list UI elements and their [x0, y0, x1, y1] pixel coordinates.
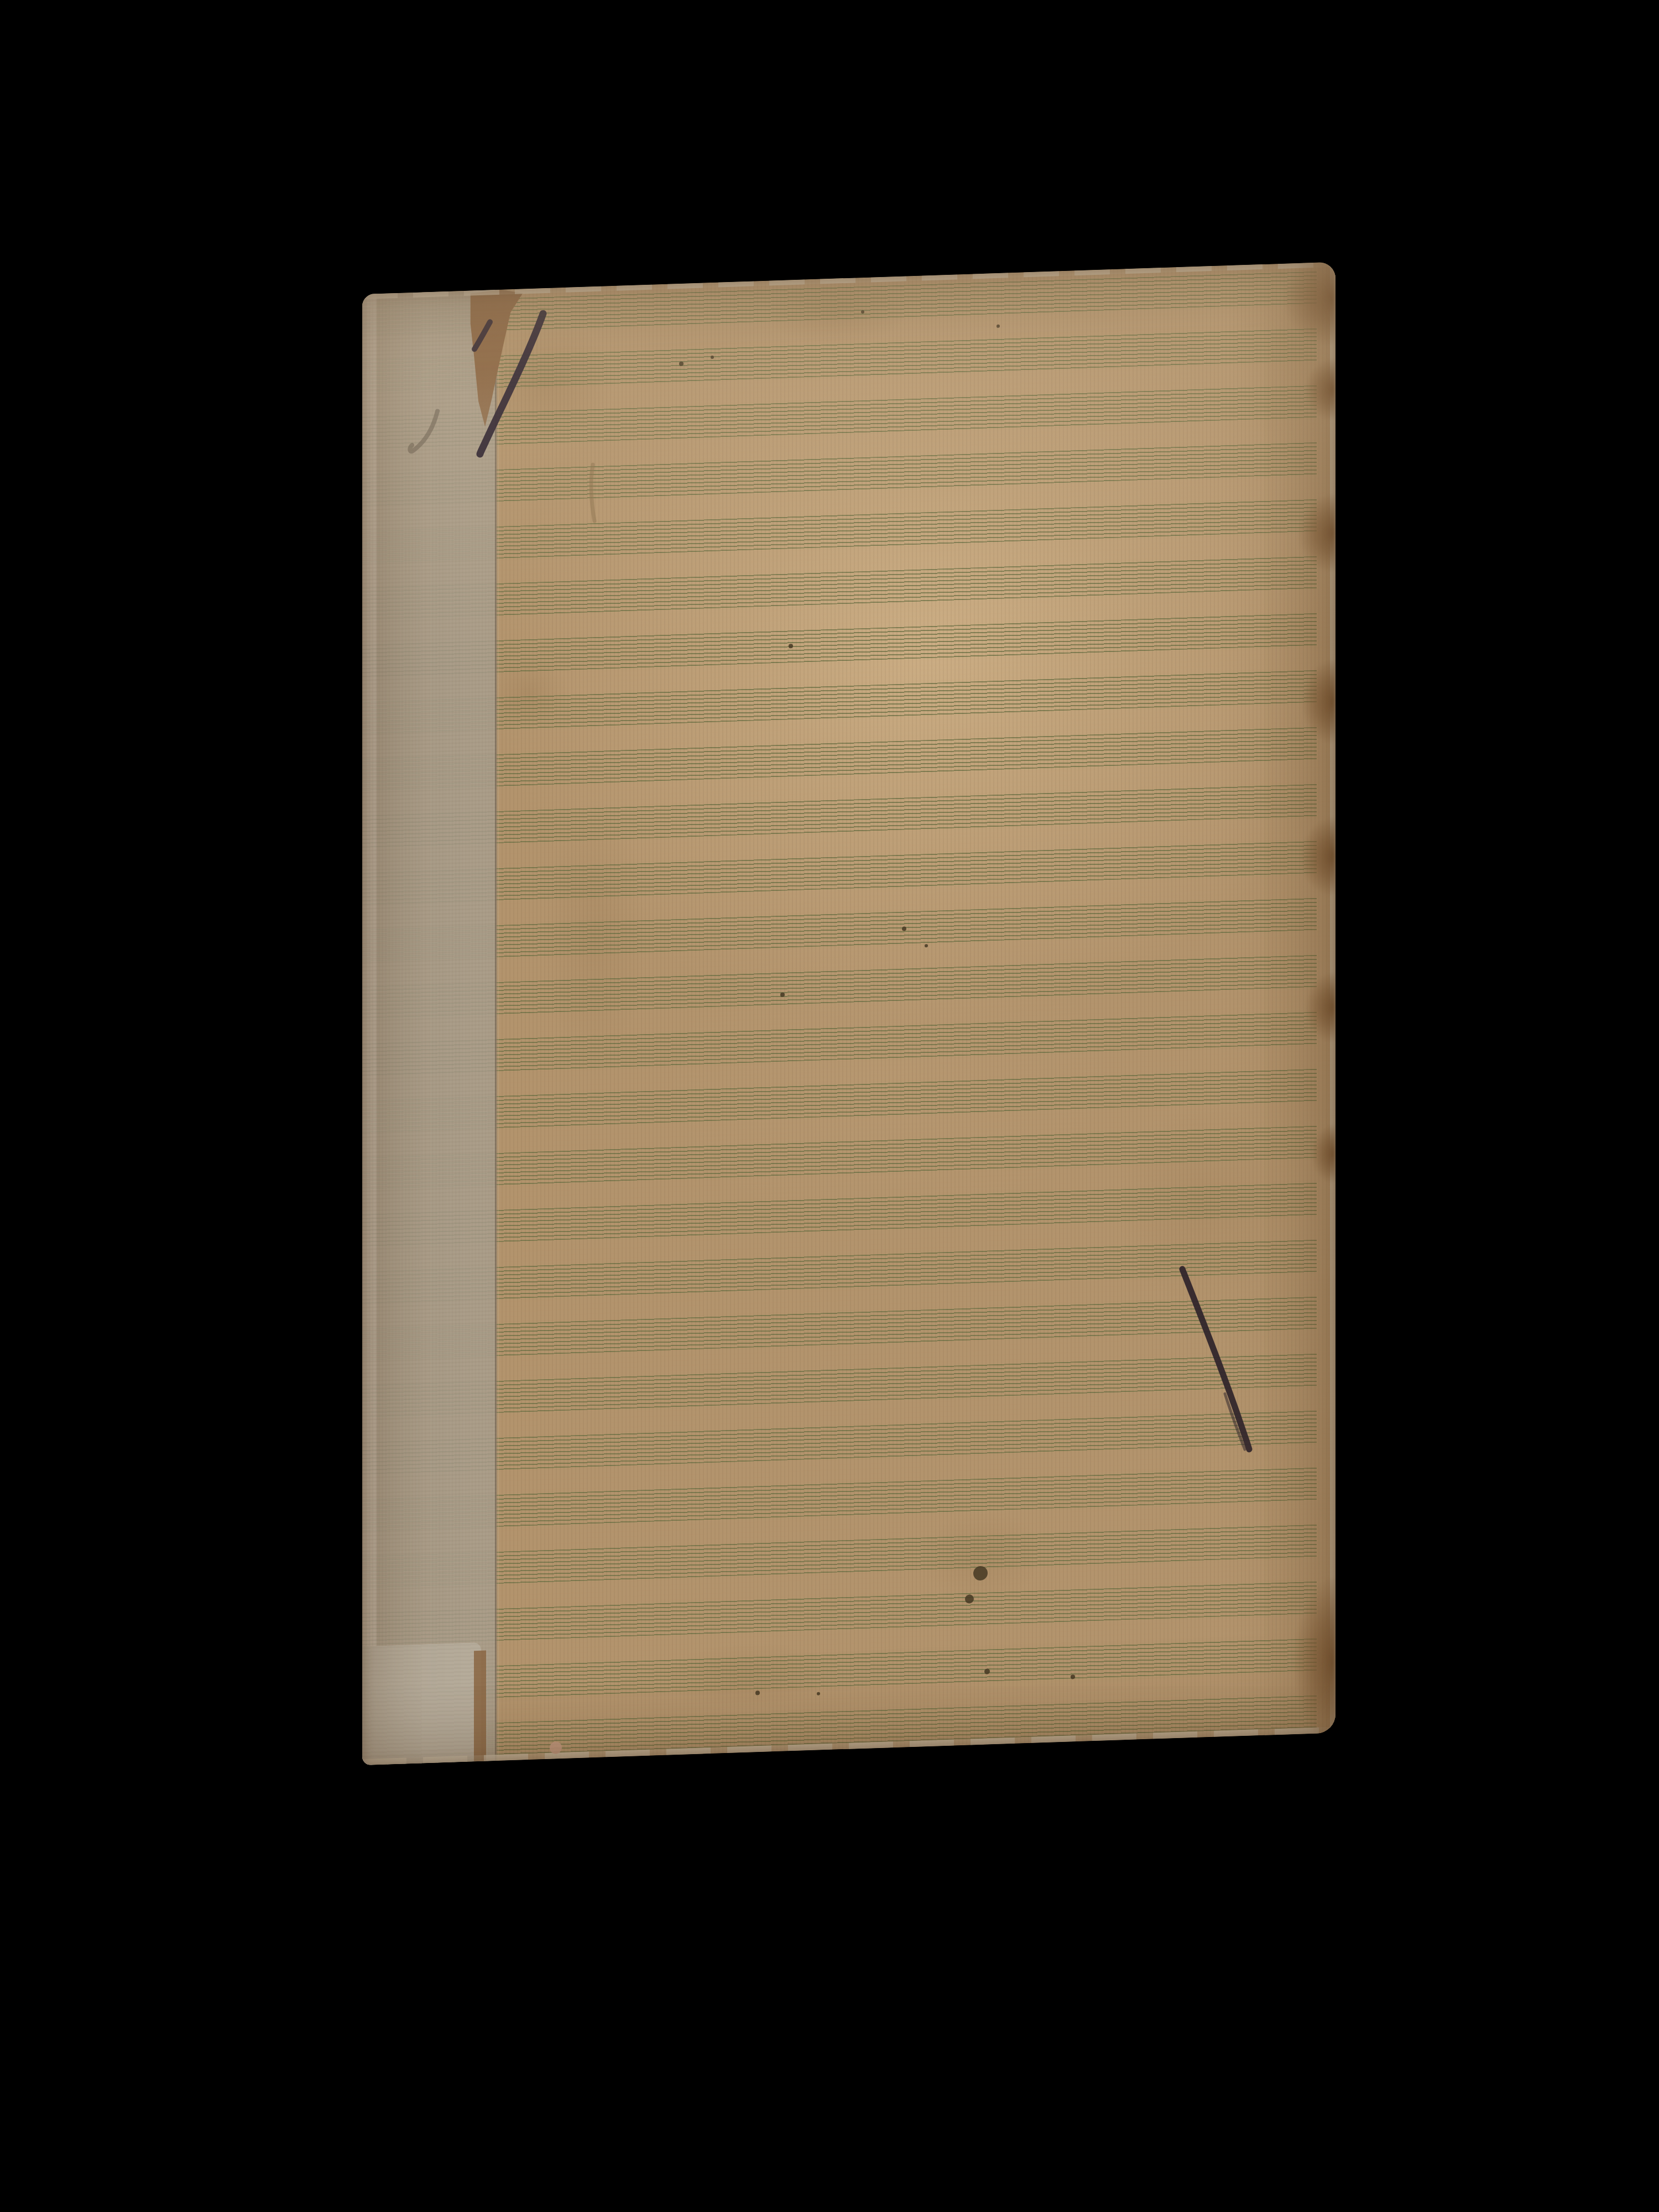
manuscript-book-cover [362, 262, 1335, 1765]
photo-background [0, 0, 1659, 2212]
lighting-sheen [362, 262, 1335, 1765]
